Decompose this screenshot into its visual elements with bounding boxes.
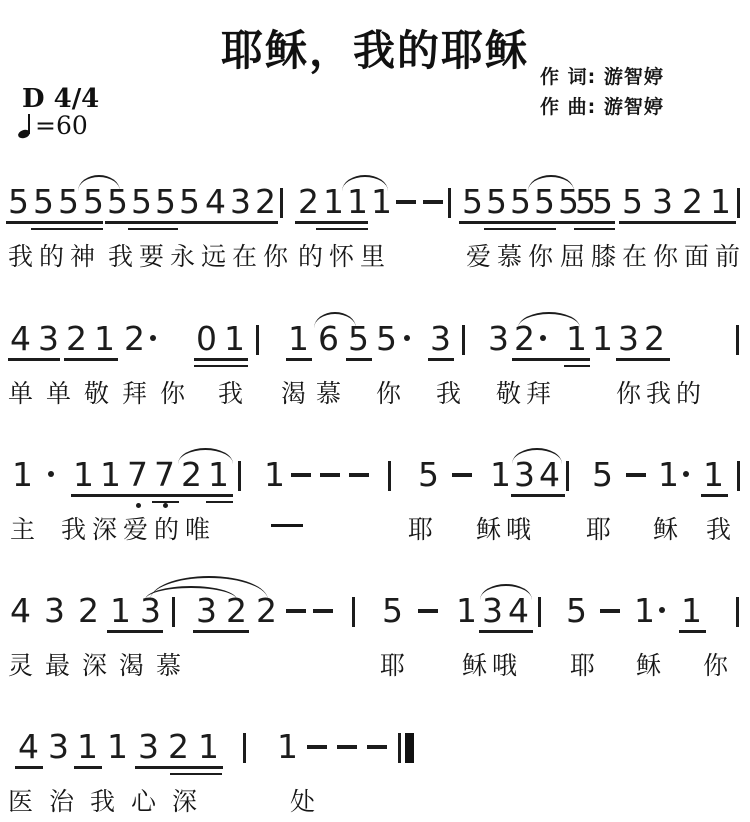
note-digit: 5 bbox=[622, 185, 643, 219]
beam-underline bbox=[8, 358, 60, 361]
note-digit: 5 bbox=[131, 185, 152, 219]
beam-underline bbox=[286, 358, 312, 361]
sustain-dash bbox=[307, 745, 327, 749]
beam-underline bbox=[170, 773, 222, 776]
beam-underline bbox=[64, 358, 118, 361]
note-digit: 4 bbox=[18, 730, 39, 764]
note-digit: 2 bbox=[66, 322, 87, 356]
barline bbox=[737, 188, 740, 218]
note-digit: 7 bbox=[154, 458, 175, 492]
lyric-text: 稣 bbox=[653, 510, 678, 546]
beam-underline bbox=[107, 630, 163, 633]
note-digit: 2 bbox=[124, 322, 145, 356]
duration-dot bbox=[659, 607, 665, 613]
lyric-text: 稣哦 bbox=[476, 510, 536, 546]
beam-underline bbox=[484, 228, 556, 231]
lyric-text: 稣哦 bbox=[462, 646, 522, 682]
beam-underline bbox=[193, 630, 249, 633]
lyric-text: 敬拜 bbox=[496, 374, 556, 410]
barline bbox=[388, 461, 391, 491]
barline bbox=[737, 461, 740, 491]
note-digit: 5 bbox=[8, 185, 29, 219]
note-digit: 3 bbox=[488, 322, 509, 356]
barline bbox=[238, 461, 241, 491]
note-digit: 1 bbox=[710, 185, 731, 219]
duration-dot bbox=[150, 335, 156, 341]
beam-underline bbox=[428, 358, 454, 361]
note-digit: 5 bbox=[592, 185, 613, 219]
beam-underline bbox=[227, 221, 278, 224]
lyric-text: 你 bbox=[703, 646, 728, 682]
lyric-text: 单单敬拜你 bbox=[8, 374, 198, 410]
beam-underline bbox=[152, 501, 179, 504]
slur-arc bbox=[480, 584, 532, 600]
lyric-text: 耶 bbox=[586, 510, 611, 546]
beam-underline bbox=[194, 358, 248, 361]
note-digit: 5 bbox=[155, 185, 176, 219]
beam-underline bbox=[316, 228, 368, 231]
beam-underline bbox=[555, 221, 615, 224]
slur-arc bbox=[78, 175, 120, 191]
beam-underline bbox=[479, 630, 533, 633]
note-digit: 1 bbox=[277, 730, 298, 764]
lyric-text: 灵最深渴慕 bbox=[8, 646, 193, 682]
note-digit: 3 bbox=[138, 730, 159, 764]
beam-underline bbox=[512, 358, 590, 361]
note-digit: 5 bbox=[33, 185, 54, 219]
lyric-text: 医治我心深 bbox=[8, 782, 213, 818]
slur-arc bbox=[342, 175, 388, 191]
note-digit: 1 bbox=[490, 458, 511, 492]
final-barline-thick bbox=[405, 733, 414, 763]
barline bbox=[566, 461, 569, 491]
lyric-text: 我 bbox=[436, 374, 461, 410]
duration-dot bbox=[540, 335, 546, 341]
lyric-text: 你 bbox=[376, 374, 401, 410]
barline bbox=[243, 733, 246, 763]
note-digit: 1 bbox=[224, 322, 245, 356]
note-digit: 2 bbox=[255, 185, 276, 219]
beam-underline bbox=[295, 221, 368, 224]
lyricist-credit: 作 词: 游智婷 bbox=[540, 62, 740, 89]
sustain-dash bbox=[452, 473, 472, 477]
beam-underline bbox=[152, 494, 233, 497]
lyric-text: 屈膝在你面前 bbox=[560, 237, 746, 273]
note-digit: 2 bbox=[644, 322, 665, 356]
note-digit: 5 bbox=[376, 322, 397, 356]
sustain-dash bbox=[600, 609, 620, 613]
lyric-text: 主 bbox=[10, 510, 35, 546]
sustain-dash bbox=[423, 200, 443, 204]
note-digit: 3 bbox=[652, 185, 673, 219]
lyric-text: 耶 bbox=[408, 510, 433, 546]
sustain-dash bbox=[286, 609, 306, 613]
note-digit: 5 bbox=[462, 185, 483, 219]
note-digit: 5 bbox=[592, 458, 613, 492]
note-digit: 1 bbox=[94, 322, 115, 356]
barline bbox=[538, 597, 541, 627]
note-digit: 1 bbox=[658, 458, 679, 492]
note-digit: 3 bbox=[430, 322, 451, 356]
note-digit: 1 bbox=[681, 594, 702, 628]
slur-arc bbox=[178, 448, 233, 464]
sustain-dash bbox=[367, 745, 387, 749]
beam-underline bbox=[135, 766, 223, 769]
barline bbox=[352, 597, 355, 627]
beam-underline bbox=[98, 494, 154, 497]
slur-arc bbox=[150, 576, 268, 600]
note-digit: 3 bbox=[618, 322, 639, 356]
note-digit: 2 bbox=[682, 185, 703, 219]
octave-dot bbox=[136, 503, 141, 508]
lyric-text: 稣 bbox=[636, 646, 661, 682]
barline bbox=[172, 597, 175, 627]
sustain-dash bbox=[349, 473, 369, 477]
lyric-text: 耶 bbox=[380, 646, 405, 682]
note-digit: 1 bbox=[264, 458, 285, 492]
beam-underline bbox=[206, 501, 233, 504]
note-digit: 3 bbox=[48, 730, 69, 764]
beam-underline bbox=[176, 221, 228, 224]
lyric-text: 爱慕你 bbox=[466, 237, 559, 273]
beam-underline bbox=[194, 365, 248, 368]
barline bbox=[736, 597, 739, 627]
note-digit: 4 bbox=[10, 322, 31, 356]
note-digit: 5 bbox=[179, 185, 200, 219]
lyric-text: 渴慕 bbox=[281, 374, 351, 410]
note-digit: 5 bbox=[486, 185, 507, 219]
barline bbox=[462, 325, 465, 355]
beam-underline bbox=[31, 228, 103, 231]
beam-underline bbox=[459, 221, 556, 224]
note-digit: 1 bbox=[73, 458, 94, 492]
lyric-text: 耶 bbox=[570, 646, 595, 682]
beam-underline bbox=[15, 766, 43, 769]
barline bbox=[256, 325, 259, 355]
note-digit: 0 bbox=[196, 322, 217, 356]
beam-underline bbox=[128, 228, 178, 231]
sustain-dash bbox=[291, 473, 311, 477]
lyric-text: 我深爱的唯 bbox=[61, 510, 216, 546]
note-digit: 1 bbox=[198, 730, 219, 764]
slur-arc bbox=[528, 175, 574, 191]
tempo-value: =60 bbox=[35, 111, 88, 140]
beam-underline bbox=[564, 365, 590, 368]
duration-dot bbox=[48, 471, 54, 477]
slur-arc bbox=[518, 312, 580, 328]
beam-underline bbox=[619, 221, 683, 224]
quarter-note-stem bbox=[28, 114, 30, 134]
note-digit: 1 bbox=[107, 730, 128, 764]
slur-arc bbox=[314, 312, 356, 328]
sustain-dash bbox=[337, 745, 357, 749]
sustain-dash bbox=[320, 473, 340, 477]
beam-underline bbox=[511, 494, 565, 497]
beam-underline bbox=[6, 221, 103, 224]
note-digit: 1 bbox=[77, 730, 98, 764]
lyric-text: 处 bbox=[290, 782, 315, 818]
note-digit: 4 bbox=[205, 185, 226, 219]
duration-dot bbox=[404, 335, 410, 341]
note-digit: 2 bbox=[298, 185, 319, 219]
beam-underline bbox=[679, 630, 706, 633]
sustain-dash bbox=[418, 609, 438, 613]
note-digit: 4 bbox=[10, 594, 31, 628]
note-digit: 1 bbox=[703, 458, 724, 492]
note-digit: 5 bbox=[58, 185, 79, 219]
note-digit: 3 bbox=[38, 322, 59, 356]
note-digit: 1 bbox=[288, 322, 309, 356]
lyric-text: 我的神 bbox=[8, 237, 101, 273]
sustain-dash bbox=[313, 609, 333, 613]
note-digit: 5 bbox=[418, 458, 439, 492]
octave-dot bbox=[163, 503, 168, 508]
note-digit: 1 bbox=[634, 594, 655, 628]
beam-underline bbox=[701, 494, 728, 497]
note-digit: 3 bbox=[230, 185, 251, 219]
beam-underline bbox=[616, 358, 670, 361]
note-digit: 1 bbox=[456, 594, 477, 628]
lyric-text: 的怀里 bbox=[298, 237, 391, 273]
lyric-text: 我 bbox=[706, 510, 731, 546]
note-digit: 1 bbox=[12, 458, 33, 492]
note-digit: 1 bbox=[592, 322, 613, 356]
lyric-text: 我要永远在你 bbox=[108, 237, 294, 273]
key-time-signature: D 4/4 bbox=[22, 84, 99, 114]
beam-underline bbox=[71, 494, 98, 497]
barline bbox=[736, 325, 739, 355]
slur-arc bbox=[512, 448, 562, 464]
lyric-text: 我 bbox=[218, 374, 243, 410]
barline bbox=[280, 188, 283, 218]
sustain-dash bbox=[626, 473, 646, 477]
sustain-dash bbox=[396, 200, 416, 204]
barline bbox=[448, 188, 451, 218]
note-digit: 1 bbox=[323, 185, 344, 219]
beam-underline bbox=[574, 228, 615, 231]
note-digit: 5 bbox=[566, 594, 587, 628]
note-digit: 2 bbox=[168, 730, 189, 764]
duration-dot bbox=[683, 471, 689, 477]
note-digit: 1 bbox=[100, 458, 121, 492]
sheet-music-page: 耶稣，我的耶稣 作 词: 游智婷 作 曲: 游智婷 D 4/4 =60 5555… bbox=[0, 0, 750, 822]
note-digit: 5 bbox=[382, 594, 403, 628]
beam-underline bbox=[679, 221, 736, 224]
beam-underline bbox=[74, 766, 102, 769]
beam-underline bbox=[105, 221, 178, 224]
lyric-text: 你我的 bbox=[616, 374, 706, 410]
final-barline-thin bbox=[398, 733, 401, 763]
note-digit: 3 bbox=[44, 594, 65, 628]
note-digit: 2 bbox=[78, 594, 99, 628]
composer-credit: 作 曲: 游智婷 bbox=[540, 92, 740, 119]
note-digit: 1 bbox=[110, 594, 131, 628]
lyric-extension-dash bbox=[271, 524, 303, 527]
note-digit: 7 bbox=[127, 458, 148, 492]
beam-underline bbox=[346, 358, 372, 361]
